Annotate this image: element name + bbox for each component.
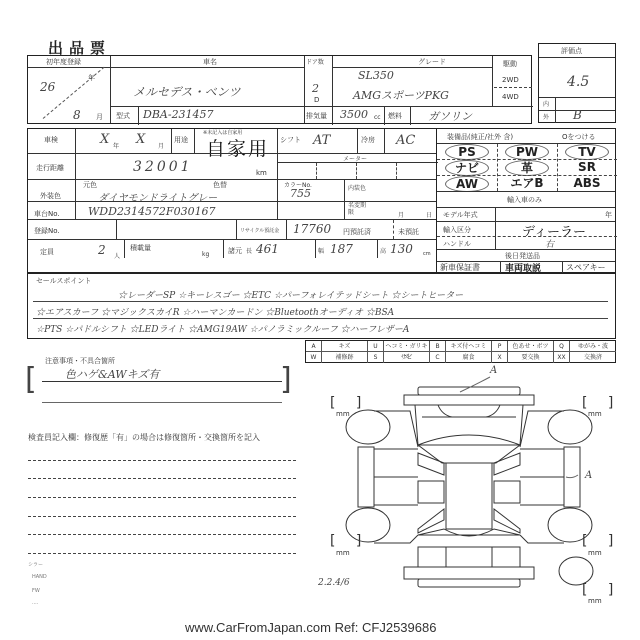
diagram-date-note: 2.2.4/6	[318, 578, 350, 588]
interior-score-label: 内	[543, 99, 549, 108]
handle-label: ハンドル	[443, 239, 471, 249]
registration-label: 登録No.	[34, 226, 60, 236]
small-label-3: FW	[32, 588, 40, 594]
legend-code: X	[492, 352, 508, 363]
fuel-value: ガソリン	[428, 108, 472, 124]
tread-mm-fr: mm	[588, 410, 602, 418]
tread-bracket-fr: [ ]	[582, 395, 621, 411]
length-label: 長	[246, 246, 252, 255]
load-label: 積載量	[130, 243, 151, 253]
score-value: 4.5	[567, 74, 589, 90]
name-change-label: 名変期限	[348, 202, 368, 216]
name-change-month-unit: 月	[398, 210, 404, 219]
displacement-unit: cc	[374, 114, 381, 121]
recycle-unit: 円預託済	[343, 227, 371, 237]
small-label-2: HAND	[32, 574, 47, 580]
original-color-label: 元色	[83, 180, 97, 190]
shift-value: AT	[313, 133, 330, 148]
sales-points-label: セールスポイント	[36, 276, 91, 286]
exterior-score-value: B	[573, 108, 582, 122]
sales-points-line3: ☆PTS ☆パドルシフト ☆LEDライト ☆AMG19AW ☆パノラミックルーフ…	[36, 322, 409, 335]
inspector-label: 検査員記入欄：修復歴「有」の場合は修復箇所・交換箇所を記入	[28, 432, 260, 443]
dimensions-label: 諸元	[228, 246, 242, 256]
grade-line2: AMGスポーツPKG	[353, 87, 449, 103]
model-year-unit: 年	[605, 210, 612, 220]
legend-desc: 色あせ・ボツ	[508, 341, 554, 352]
drive-2wd: 2WD	[502, 76, 519, 84]
mileage-value: 32001	[133, 159, 193, 175]
small-label-1: シラー	[28, 561, 43, 568]
diagram-mark-right: A	[585, 470, 592, 481]
legend-code: U	[368, 341, 384, 352]
notes-value: 色ハゲ&AWキズ有	[65, 366, 159, 382]
legend-desc: 腐食	[446, 352, 492, 363]
legend-desc: 補修跡	[322, 352, 368, 363]
inspection-label: 車検	[44, 135, 58, 145]
grade-label: グレード	[418, 57, 446, 67]
inspection-year-unit: 年	[113, 141, 119, 150]
drive-4wd: 4WD	[502, 93, 519, 101]
exterior-score-label: 外	[543, 112, 549, 121]
month-unit: 月	[96, 112, 103, 122]
damage-legend: AキズUヘコミ・ガリキズBキズ付ヘコミP色あせ・ボツQゆがみ・波W補修跡SサビC…	[305, 340, 616, 363]
equipment-note: Oをつける	[562, 132, 596, 142]
legend-desc: ヘコミ・ガリキズ	[384, 341, 430, 352]
capacity-value: 2	[98, 243, 106, 257]
car-name-label: 車名	[203, 57, 217, 67]
equipment-item: PW	[505, 144, 549, 160]
vehicle-details-block: 車検 X 年 X 月 用途 ※未記入は自家用 自家用 シフト AT 冷房 AC …	[27, 128, 437, 273]
fuel-label: 燃料	[388, 111, 402, 121]
legend-code: W	[306, 352, 322, 363]
capacity-label: 定員	[40, 247, 54, 257]
notes-label: 注意事項・不具合箇所	[45, 356, 115, 366]
sales-points-line2: ☆エアスカーフ ☆マジックスカイR ☆ハーマンカードン ☆Bluetoothオー…	[36, 305, 394, 318]
doors-label: ドア数	[306, 57, 324, 66]
exterior-color-label: 外装色	[40, 191, 61, 201]
legend-code: Q	[554, 341, 570, 352]
tread-bracket-spare: [ ]	[582, 582, 621, 598]
displacement-value: 3500	[340, 108, 368, 121]
name-change-day-unit: 日	[426, 210, 432, 219]
legend-code: XX	[554, 352, 570, 363]
chassis-value: WDD2314572F030167	[88, 205, 216, 218]
tread-mm-rr: mm	[588, 549, 602, 557]
import-type-label: 輸入区分	[443, 225, 471, 235]
footer-ref: Ref: CFJ2539686	[335, 620, 437, 635]
legend-code: C	[430, 352, 446, 363]
import-header: 輸入車のみ	[507, 195, 542, 205]
score-label: 評価点	[561, 46, 582, 56]
small-label-4: ....	[32, 600, 38, 606]
equipment-item: AW	[445, 176, 489, 192]
drive-label: 駆動	[503, 59, 517, 69]
equipment-item: 革	[505, 160, 549, 176]
equipment-item: SR	[565, 160, 609, 174]
height-label: 高	[380, 246, 386, 255]
recycle-value: 17760	[293, 222, 331, 236]
first-registration-month: 8	[73, 108, 81, 122]
footer-watermark: www.CarFromJapan.com Ref: CFJ2539686	[185, 620, 436, 635]
equipment-item: PS	[445, 144, 489, 160]
load-unit: kg	[202, 251, 209, 258]
legend-desc: 要交換	[508, 352, 554, 363]
tread-bracket-fl: [ ]	[330, 395, 369, 411]
legend-code: A	[306, 341, 322, 352]
equipment-label: 装備品(純正/社外 含)	[447, 132, 513, 142]
footer-site: www.CarFromJapan.com	[185, 620, 331, 635]
diagram-mark-front: A	[490, 365, 497, 376]
ac-label: 冷房	[361, 135, 375, 145]
sales-points-block: セールスポイント ☆レーダーSP ☆キーレスゴー ☆ETC ☆パーフォレイテッド…	[27, 273, 616, 339]
ac-value: AC	[396, 133, 415, 148]
tread-bracket-rl: [ ]	[330, 533, 369, 549]
tread-mm-spare: mm	[588, 597, 602, 605]
recycle-label: リサイクル預託金	[240, 227, 279, 234]
legend-code: P	[492, 341, 508, 352]
usage-value: 自家用	[206, 134, 269, 161]
doors-unit: D	[314, 96, 319, 104]
sales-points-line1: ☆レーダーSP ☆キーレスゴー ☆ETC ☆パーフォレイテッドシート ☆シートヒ…	[118, 288, 463, 301]
length-value: 461	[256, 242, 279, 256]
dimension-unit: cm	[423, 251, 431, 257]
equipment-block: 装備品(純正/社外 含) Oをつける PSPWTVナビ革SRAWエアBABS 輸…	[436, 128, 616, 273]
capacity-unit: 人	[114, 251, 120, 260]
legend-desc: ゆがみ・波	[570, 341, 616, 352]
vehicle-header-block: 初年度登録 年 26 8 月 車名 メルセデス・ベンツ 型式 DBA-23145…	[27, 55, 532, 124]
tread-mm-rl: mm	[336, 549, 350, 557]
equipment-item: TV	[565, 144, 609, 160]
later-shipping-header: 後日発送品	[505, 251, 540, 261]
legend-desc: キズ付ヘコミ	[446, 341, 492, 352]
car-name-value: メルセデス・ベンツ	[133, 83, 241, 100]
equipment-item: エアB	[505, 176, 549, 190]
notes-bracket-right: ]	[280, 362, 300, 397]
displacement-label: 排気量	[306, 111, 327, 121]
shift-label: シフト	[280, 135, 301, 145]
score-box: 評価点 4.5 内 外 B	[538, 43, 616, 123]
inspection-year: X	[100, 132, 109, 147]
legend-desc: サビ	[384, 352, 430, 363]
width-value: 187	[330, 242, 353, 256]
legend-code: B	[430, 341, 446, 352]
equipment-item: ABS	[565, 176, 609, 190]
tread-mm-fl: mm	[336, 410, 350, 418]
inspection-month: X	[136, 132, 145, 147]
tread-bracket-rr: [ ]	[582, 533, 621, 549]
unpaid-label: 未預託	[398, 227, 419, 237]
legend-code: S	[368, 352, 384, 363]
mileage-unit: km	[256, 169, 267, 177]
legend-desc: キズ	[322, 341, 368, 352]
later-item-warranty: 新車保証書	[440, 262, 480, 273]
mileage-label: 走行距離	[36, 163, 64, 173]
doors-value: 2	[312, 82, 319, 95]
interior-color-label: 内装色	[348, 183, 366, 192]
model-year-label: モデル年式	[443, 210, 478, 220]
color-no-value: 755	[290, 187, 311, 200]
later-item-spare-key: スペアキー	[566, 262, 606, 273]
first-registration-year: 26	[40, 80, 55, 94]
inspection-month-unit: 月	[158, 141, 164, 150]
notes-bracket-left: [	[25, 362, 45, 397]
width-label: 幅	[318, 246, 324, 255]
usage-label: 用途	[174, 135, 188, 145]
chassis-label: 車台No.	[34, 209, 60, 219]
height-value: 130	[390, 242, 413, 256]
equipment-item: ナビ	[445, 160, 489, 176]
model-code-value: DBA-231457	[143, 108, 214, 121]
grade-line1: SL350	[358, 69, 394, 82]
model-code-label: 型式	[116, 111, 130, 121]
legend-desc: 交換済	[570, 352, 616, 363]
first-registration-label: 初年度登録	[46, 57, 81, 67]
